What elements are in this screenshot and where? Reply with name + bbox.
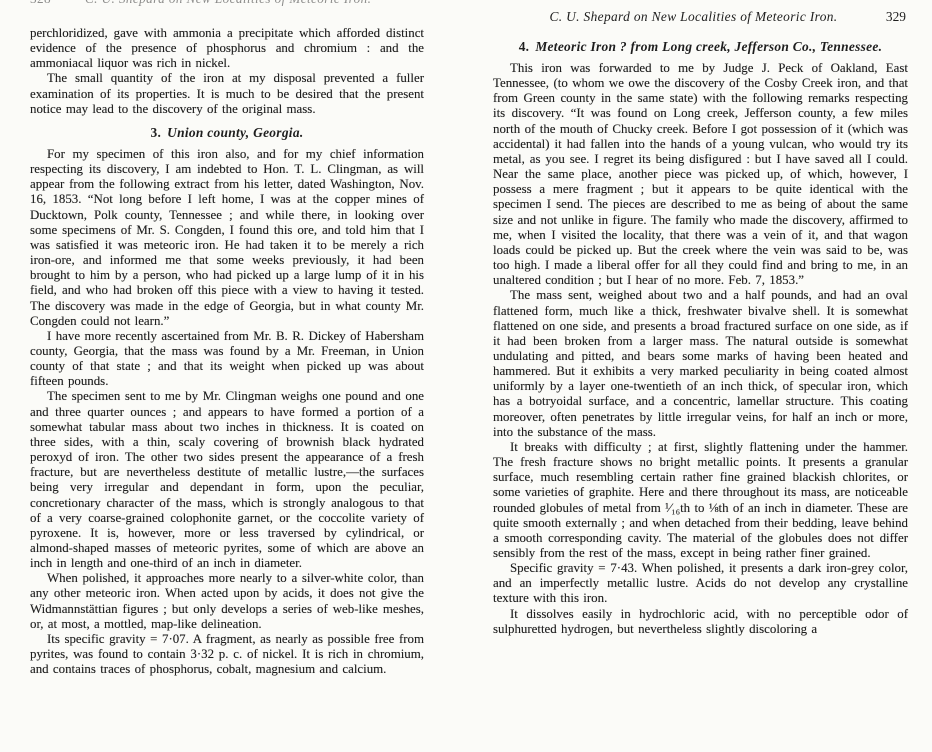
- left-page-number: 328: [30, 0, 51, 7]
- paragraph: Its specific gravity = 7·07. A fragment,…: [30, 632, 424, 677]
- paragraph: When polished, it approaches more nearly…: [30, 571, 424, 632]
- left-running-head-text: 328 C. U. Shepard on New Localities of M…: [30, 0, 424, 7]
- paragraph: perchloridized, gave with ammonia a prec…: [30, 26, 424, 71]
- left-running-head-title: C. U. Shepard on New Localities of Meteo…: [85, 0, 371, 7]
- section-number: 4.: [519, 39, 530, 54]
- book-scan-spread: 328 C. U. Shepard on New Localities of M…: [0, 0, 932, 752]
- paragraph: Specific gravity = 7·43. When polished, …: [493, 561, 908, 606]
- paragraph: I have more recently ascertained from Mr…: [30, 329, 424, 390]
- paragraph: For my specimen of this iron also, and f…: [30, 147, 424, 329]
- paragraph: It dissolves easily in hydrochloric acid…: [493, 607, 908, 637]
- right-page-number: 329: [886, 9, 906, 25]
- section-heading-3: 3.Union county, Georgia.: [30, 125, 424, 141]
- right-page: C. U. Shepard on New Localities of Meteo…: [493, 0, 908, 637]
- section-title: Union county, Georgia.: [167, 125, 303, 140]
- right-running-head-title: C. U. Shepard on New Localities of Meteo…: [493, 9, 908, 25]
- left-page: 328 C. U. Shepard on New Localities of M…: [30, 0, 424, 677]
- left-running-head-clipped: 328 C. U. Shepard on New Localities of M…: [30, 0, 424, 8]
- section-title: Meteoric Iron ? from Long creek, Jeffers…: [535, 39, 882, 54]
- paragraph: It breaks with difficulty ; at first, sl…: [493, 440, 908, 561]
- paragraph: The mass sent, weighed about two and a h…: [493, 288, 908, 440]
- right-running-head: C. U. Shepard on New Localities of Meteo…: [493, 9, 908, 25]
- paragraph: The specimen sent to me by Mr. Clingman …: [30, 389, 424, 571]
- section-heading-4: 4.Meteoric Iron ? from Long creek, Jeffe…: [493, 39, 908, 55]
- section-number: 3.: [151, 125, 162, 140]
- paragraph: The small quantity of the iron at my dis…: [30, 71, 424, 116]
- paragraph: This iron was forwarded to me by Judge J…: [493, 61, 908, 288]
